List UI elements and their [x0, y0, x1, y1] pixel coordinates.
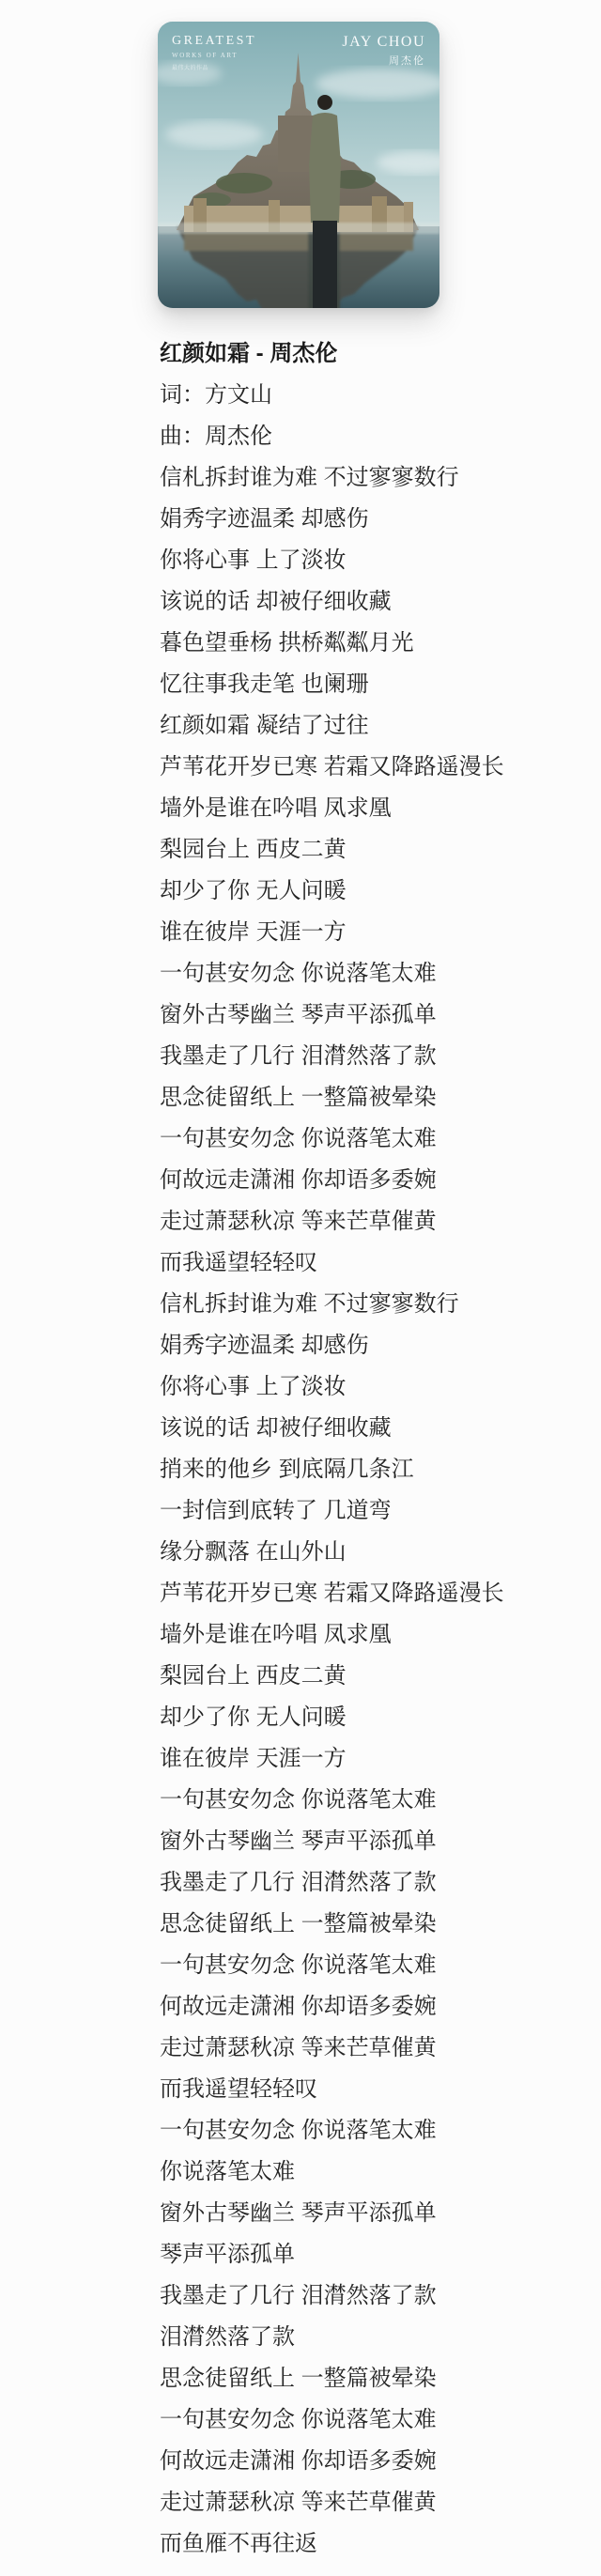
lyric-line: 我墨走了几行 泪潸然落了款 [160, 1036, 601, 1077]
lyric-line: 缘分飘落 在山外山 [160, 1532, 601, 1573]
lyric-line: 一句甚安勿念 你说落笔太难 [160, 1118, 601, 1160]
lyric-line: 一句甚安勿念 你说落笔太难 [160, 1945, 601, 1986]
lyric-line: 梨园台上 西皮二黄 [160, 1656, 601, 1697]
lyric-line: 信札拆封谁为难 不过寥寥数行 [160, 457, 601, 499]
album-label-greatest: GREATEST [172, 34, 256, 49]
lyric-line: 词：方文山 [160, 375, 601, 416]
lyric-line: 窗外古琴幽兰 琴声平添孤单 [160, 2193, 601, 2234]
album-label-works-of-art: WORKS OF ART [172, 52, 256, 59]
lyric-line: 一句甚安勿念 你说落笔太难 [160, 2110, 601, 2152]
lyric-line: 却少了你 无人问暖 [160, 871, 601, 912]
lyric-line: 泪潸然落了款 [160, 2317, 601, 2358]
lyric-line: 谁在彼岸 天涯一方 [160, 1738, 601, 1780]
figure-silhouette [309, 95, 341, 308]
lyric-line: 窗外古琴幽兰 琴声平添孤单 [160, 1821, 601, 1862]
lyric-line: 一封信到底转了 几道弯 [160, 1490, 601, 1532]
lyric-line: 何故远走潇湘 你却语多委婉 [160, 1986, 601, 2028]
lyric-line: 娟秀字迹温柔 却感伤 [160, 499, 601, 540]
lyrics-page: { "album": { "label_top": "GREATEST", "l… [0, 0, 601, 2576]
lyric-line: 捎来的他乡 到底隔几条江 [160, 1449, 601, 1490]
lyric-line: 却少了你 无人问暖 [160, 1697, 601, 1738]
lyric-line: 墙外是谁在吟唱 凤求凰 [160, 1614, 601, 1656]
album-artist-zh: 周杰伦 [342, 53, 425, 68]
lyric-line: 而我遥望轻轻叹 [160, 1242, 601, 1284]
lyric-line: 暮色望垂杨 拱桥粼粼月光 [160, 623, 601, 664]
lyric-line: 谁在彼岸 天涯一方 [160, 912, 601, 953]
lyric-line: 一句甚安勿念 你说落笔太难 [160, 1780, 601, 1821]
album-cover-left-text: GREATEST WORKS OF ART 最伟大的作品 [172, 34, 256, 71]
song-title: 红颜如霜 - 周杰伦 [160, 333, 601, 375]
lyric-line: 而我遥望轻轻叹 [160, 2069, 601, 2110]
lyric-line: 琴声平添孤单 [160, 2234, 601, 2275]
lyric-line: 何故远走潇湘 你却语多委婉 [160, 1160, 601, 1201]
lyric-line: 一句甚安勿念 你说落笔太难 [160, 953, 601, 995]
lyric-line: 何故远走潇湘 你却语多委婉 [160, 2441, 601, 2482]
lyric-line: 娟秀字迹温柔 却感伤 [160, 1325, 601, 1366]
lyric-line: 走过萧瑟秋凉 等来芒草催黄 [160, 1201, 601, 1242]
lyric-line: 思念徒留纸上 一整篇被晕染 [160, 2358, 601, 2399]
lyric-line: 忆往事我走笔 也阑珊 [160, 664, 601, 705]
lyrics-sheet: 红颜如霜 - 周杰伦 词：方文山曲：周杰伦信札拆封谁为难 不过寥寥数行娟秀字迹温… [160, 333, 601, 2565]
lyric-line: 我墨走了几行 泪潸然落了款 [160, 2275, 601, 2317]
lyric-line: 思念徒留纸上 一整篇被晕染 [160, 1077, 601, 1118]
lyric-line: 你说落笔太难 [160, 2152, 601, 2193]
lyric-line: 一句甚安勿念 你说落笔太难 [160, 2399, 601, 2441]
lyric-line: 窗外古琴幽兰 琴声平添孤单 [160, 995, 601, 1036]
lyric-line: 你将心事 上了淡妆 [160, 1366, 601, 1408]
lyric-line: 该说的话 却被仔细收藏 [160, 581, 601, 623]
lyric-line: 芦苇花开岁已寒 若霜又降路遥漫长 [160, 1573, 601, 1614]
album-cover[interactable]: GREATEST WORKS OF ART 最伟大的作品 JAY CHOU 周杰… [158, 22, 439, 308]
lyric-line: 而鱼雁不再往返 [160, 2523, 601, 2565]
lyric-line: 芦苇花开岁已寒 若霜又降路遥漫长 [160, 747, 601, 788]
lyric-line: 走过萧瑟秋凉 等来芒草催黄 [160, 2028, 601, 2069]
lyric-line: 信札拆封谁为难 不过寥寥数行 [160, 1284, 601, 1325]
lyric-line: 我墨走了几行 泪潸然落了款 [160, 1862, 601, 1904]
album-label-chinese: 最伟大的作品 [172, 63, 256, 71]
lyrics-list: 词：方文山曲：周杰伦信札拆封谁为难 不过寥寥数行娟秀字迹温柔 却感伤你将心事 上… [160, 375, 601, 2565]
album-cover-right-text: JAY CHOU 周杰伦 [342, 34, 425, 68]
lyric-line: 曲：周杰伦 [160, 416, 601, 457]
lyric-line: 你将心事 上了淡妆 [160, 540, 601, 581]
lyric-line: 思念徒留纸上 一整篇被晕染 [160, 1904, 601, 1945]
lyric-line: 墙外是谁在吟唱 凤求凰 [160, 788, 601, 829]
lyric-line: 该说的话 却被仔细收藏 [160, 1408, 601, 1449]
lyric-line: 梨园台上 西皮二黄 [160, 829, 601, 871]
lyric-line: 红颜如霜 凝结了过往 [160, 705, 601, 747]
album-artist-en: JAY CHOU [342, 34, 425, 51]
lyric-line: 走过萧瑟秋凉 等来芒草催黄 [160, 2482, 601, 2523]
